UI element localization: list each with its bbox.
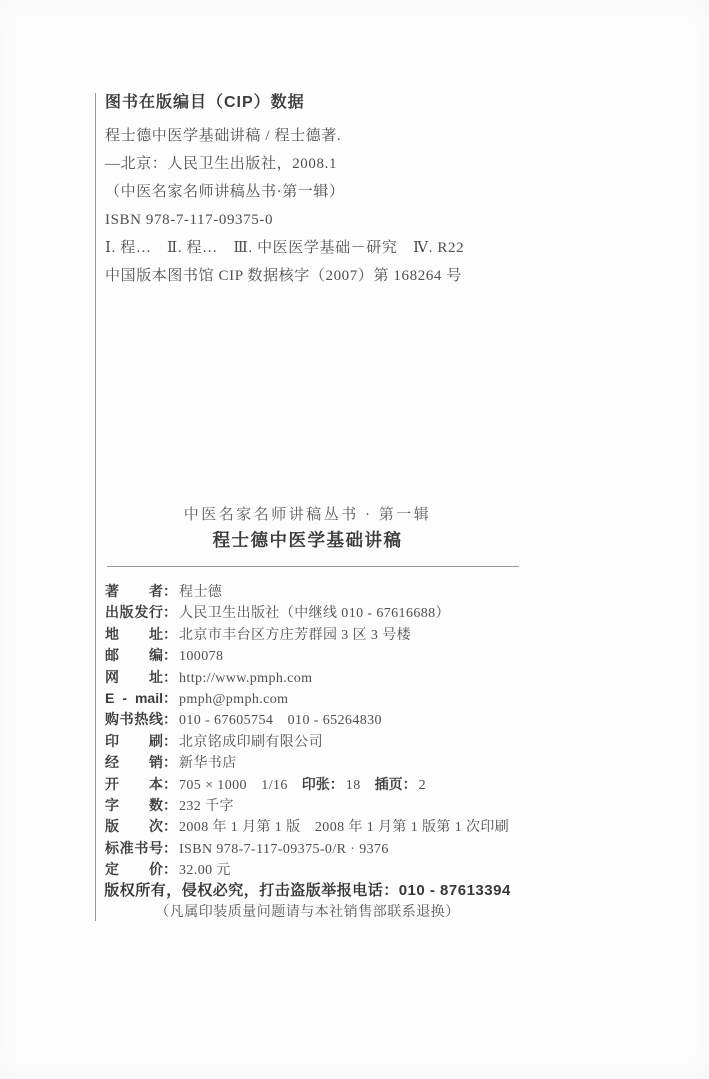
- cip-line-series: （中医名家名师讲稿丛书·第一辑）: [105, 178, 535, 206]
- pub-row-format: 开本：705 × 1000 1/16印张：18插页：2: [105, 774, 565, 795]
- pub-colon: ：: [330, 776, 344, 792]
- pub-value: http://www.pmph.com: [179, 671, 312, 686]
- pub-label: 地址: [105, 624, 163, 645]
- pub-value: 北京市丰台区方庄芳群园 3 区 3 号楼: [179, 628, 411, 643]
- pub-label: 著者: [105, 581, 163, 602]
- series-name: 中医名家名师讲稿丛书 · 第一辑: [95, 503, 520, 524]
- pub-label: 经销: [105, 752, 163, 773]
- pub-row-author: 著者：程士德: [105, 581, 565, 602]
- pub-row-publisher: 出版发行：人民卫生出版社（中继线 010 - 67616688）: [105, 602, 565, 623]
- pub-row-website: 网址：http://www.pmph.com: [105, 667, 565, 688]
- pub-colon: ：: [163, 795, 179, 816]
- cip-title: 图书在版编目（CIP）数据: [105, 89, 535, 112]
- pub-row-hotline: 购书热线：010 - 67605754 010 - 65264830: [105, 709, 565, 730]
- pub-value: pmph@pmph.com: [179, 692, 288, 707]
- pub-segment-sheets: 印张：18: [302, 778, 361, 793]
- pub-label: 定价: [105, 859, 163, 880]
- pub-seg-value: 18: [346, 778, 361, 793]
- cip-block: 图书在版编目（CIP）数据 程士德中医学基础讲稿 / 程士德著. —北京：人民卫…: [105, 89, 535, 290]
- cip-line-publisher: —北京：人民卫生出版社，2008.1: [105, 150, 535, 178]
- pub-label: 版次: [105, 816, 163, 837]
- pub-colon: ：: [163, 602, 179, 623]
- pub-seg-value: 2: [419, 778, 426, 793]
- pub-label: E - mail: [105, 688, 163, 709]
- pub-row-address: 地址：北京市丰台区方庄芳群园 3 区 3 号楼: [105, 624, 565, 645]
- anti-piracy-notice: 版权所有，侵权必究，打击盗版举报电话：010 - 87613394: [95, 879, 520, 900]
- pub-row-standard-isbn: 标准书号：ISBN 978-7-117-09375-0/R · 9376: [105, 838, 565, 859]
- pub-colon: ：: [163, 667, 179, 688]
- publication-details-list: 著者：程士德 出版发行：人民卫生出版社（中继线 010 - 67616688） …: [105, 581, 565, 880]
- pub-colon: ：: [163, 774, 179, 795]
- pub-value: 北京铭成印刷有限公司: [179, 735, 323, 750]
- pub-colon: ：: [163, 859, 179, 880]
- pub-value: ISBN 978-7-117-09375-0/R · 9376: [179, 842, 389, 857]
- pub-value: 程士德: [179, 585, 222, 600]
- pub-colon: ：: [163, 688, 179, 709]
- pub-segment-inserts: 插页：2: [375, 778, 426, 793]
- title-underline-rule: [107, 566, 519, 567]
- pub-label: 购书热线: [105, 709, 163, 730]
- pub-seg-label: 印张: [302, 776, 330, 792]
- cip-line-classification: Ⅰ. 程… Ⅱ. 程… Ⅲ. 中医医学基础－研究 Ⅳ. R22: [105, 234, 535, 262]
- pub-label: 网址: [105, 667, 163, 688]
- pub-colon: ：: [163, 731, 179, 752]
- copyright-page: 图书在版编目（CIP）数据 程士德中医学基础讲稿 / 程士德著. —北京：人民卫…: [0, 0, 709, 1079]
- pub-label: 字数: [105, 795, 163, 816]
- pub-value: 010 - 67605754 010 - 65264830: [179, 713, 382, 728]
- pub-row-price: 定价：32.00 元: [105, 859, 565, 880]
- pub-value: 新华书店: [179, 756, 237, 771]
- cip-line-record-number: 中国版本图书馆 CIP 数据核字（2007）第 168264 号: [105, 262, 535, 290]
- pub-row-postcode: 邮编：100078: [105, 645, 565, 666]
- pub-label: 邮编: [105, 645, 163, 666]
- pub-colon: ：: [163, 816, 179, 837]
- pub-row-distributor: 经销：新华书店: [105, 752, 565, 773]
- pub-colon: ：: [403, 776, 417, 792]
- return-policy-notice: （凡属印装质量问题请与本社销售部联系退换）: [95, 901, 520, 921]
- pub-value: 100078: [179, 649, 223, 664]
- pub-label: 开本: [105, 774, 163, 795]
- pub-value: 2008 年 1 月第 1 版 2008 年 1 月第 1 版第 1 次印刷: [179, 820, 509, 835]
- pub-row-word-count: 字数：232 千字: [105, 795, 565, 816]
- pub-colon: ：: [163, 645, 179, 666]
- pub-colon: ：: [163, 709, 179, 730]
- pub-row-edition: 版次：2008 年 1 月第 1 版 2008 年 1 月第 1 版第 1 次印…: [105, 816, 565, 837]
- pub-row-printer: 印刷：北京铭成印刷有限公司: [105, 731, 565, 752]
- pub-label: 印刷: [105, 731, 163, 752]
- pub-colon: ：: [163, 624, 179, 645]
- pub-colon: ：: [163, 752, 179, 773]
- cip-line-book: 程士德中医学基础讲稿 / 程士德著.: [105, 122, 535, 150]
- pub-value: 32.00 元: [179, 863, 231, 878]
- pub-row-email: E - mail：pmph@pmph.com: [105, 688, 565, 709]
- pub-value: 705 × 1000 1/16: [179, 778, 288, 793]
- pub-value: 人民卫生出版社（中继线 010 - 67616688）: [179, 606, 450, 621]
- pub-colon: ：: [163, 838, 179, 859]
- pub-seg-label: 插页: [375, 776, 403, 792]
- pub-colon: ：: [163, 581, 179, 602]
- book-title: 程士德中医学基础讲稿: [95, 527, 520, 552]
- pub-label: 标准书号: [105, 838, 163, 859]
- pub-label: 出版发行: [105, 602, 163, 623]
- pub-value: 232 千字: [179, 799, 234, 814]
- cip-line-isbn: ISBN 978-7-117-09375-0: [105, 206, 535, 234]
